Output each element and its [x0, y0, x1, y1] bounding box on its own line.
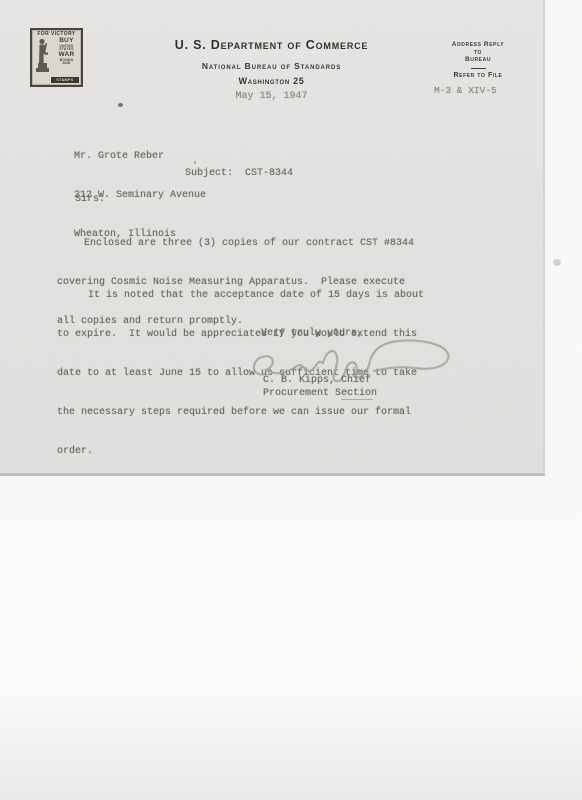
body-line: Enclosed are three (3) copies of our con…	[57, 237, 414, 250]
body-line: the necessary steps required before we c…	[57, 406, 424, 419]
refer-to-file-label: Refer to File	[428, 72, 528, 79]
reply-line-2: to	[428, 49, 528, 57]
reply-line-1: Address Reply	[428, 41, 528, 49]
letter-paper: FOR VICTORY BUY UNITED STATES WAR	[0, 0, 545, 475]
title-underline-mark	[341, 399, 373, 400]
subject-line: Subject: CST-8344	[185, 167, 293, 180]
reply-instructions-block: Address Reply to Bureau Refer to File M-…	[428, 41, 528, 97]
body-line: It is noted that the acceptance date of …	[57, 289, 424, 302]
salutation: Sirs:	[75, 193, 105, 206]
reply-divider	[471, 68, 486, 69]
scanned-letter-page: FOR VICTORY BUY UNITED STATES WAR	[0, 0, 582, 800]
signer-name: C. B. Kipps, Chief	[263, 374, 371, 387]
reply-line-3: Bureau	[428, 56, 528, 64]
scan-artifact-dot	[553, 259, 561, 266]
file-reference: M-3 & XIV-5	[428, 84, 528, 97]
ink-spot	[118, 103, 123, 107]
recipient-name: Mr. Grote Reber	[74, 150, 206, 163]
scan-bottom-shading	[0, 690, 582, 800]
stamp-header-text: FOR VICTORY	[32, 30, 81, 37]
body-line: order.	[57, 445, 424, 458]
